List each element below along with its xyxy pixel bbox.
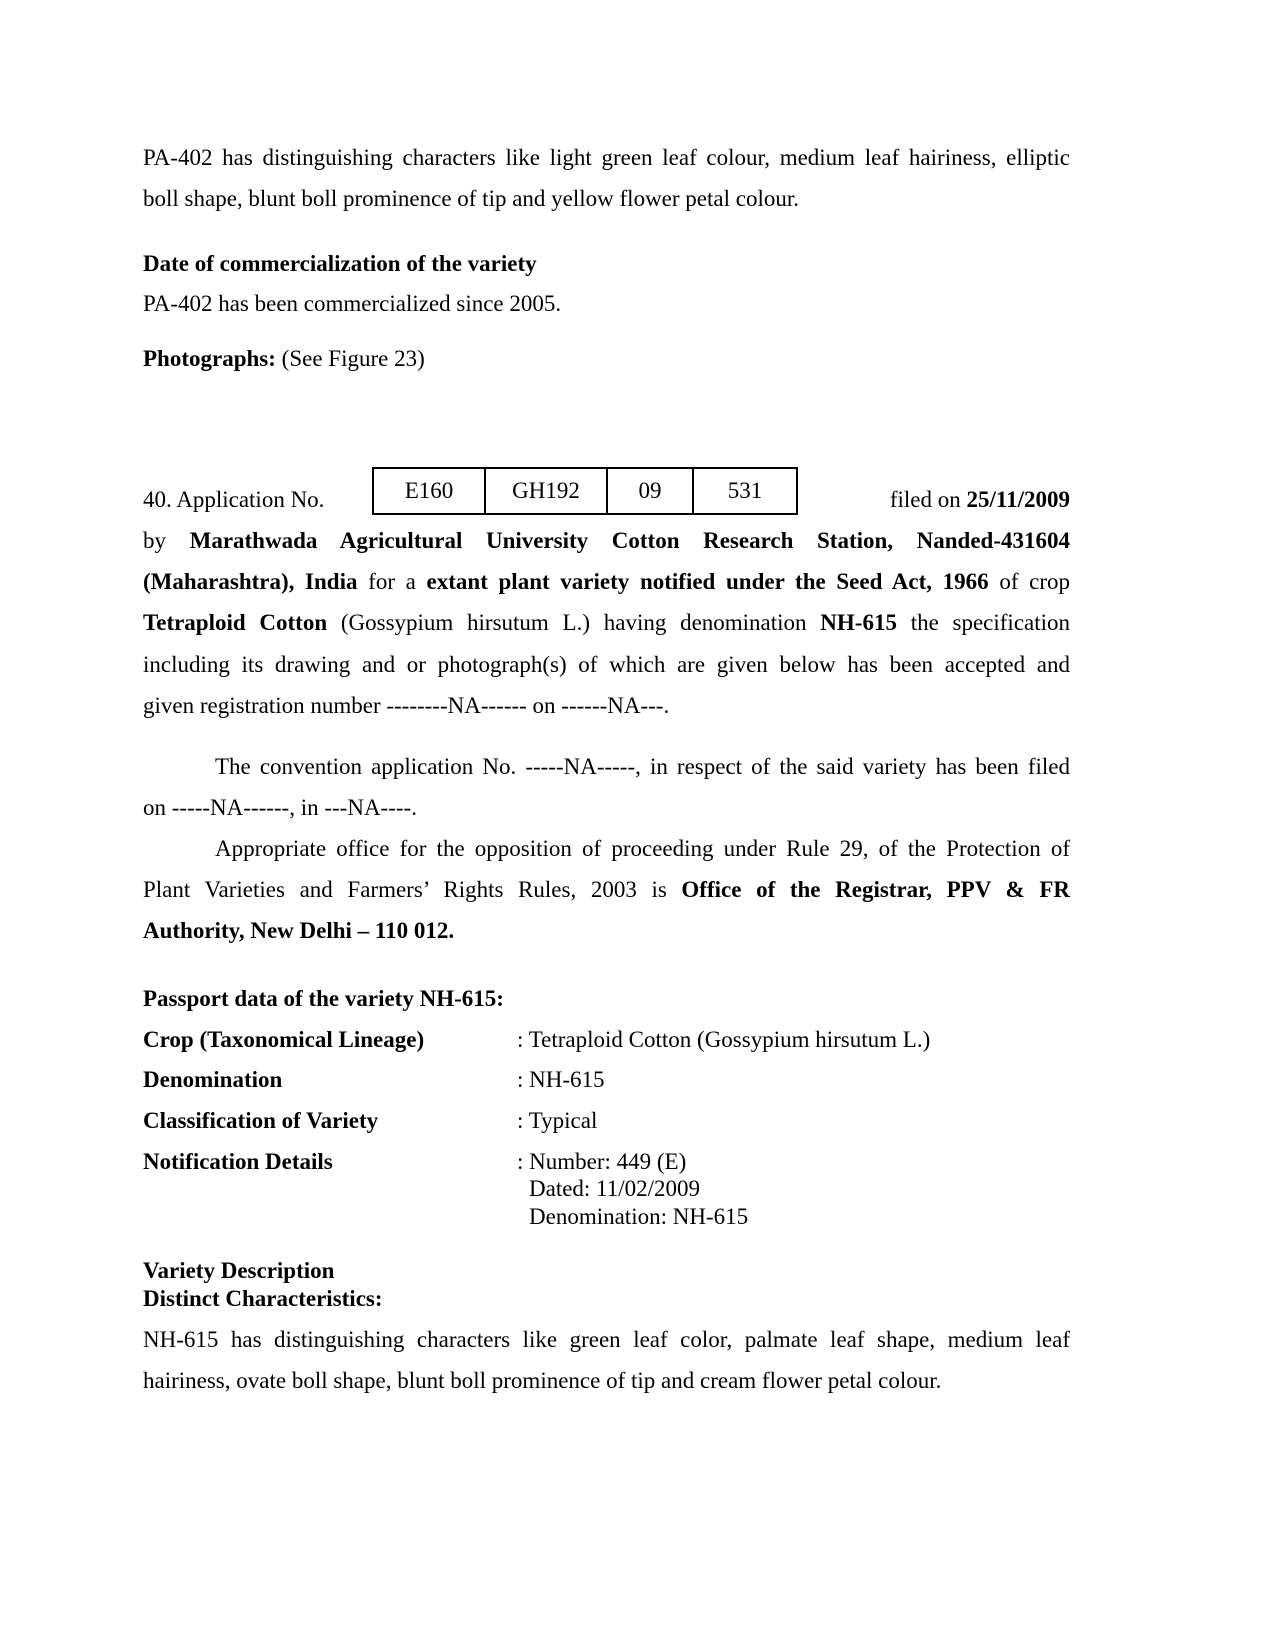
filed-on: filed on 25/11/2009 — [890, 479, 1070, 520]
application-number-part: E160 — [373, 468, 485, 514]
spec-line: including its drawing and or photograph(… — [143, 644, 1070, 685]
application-number-part: 09 — [607, 468, 693, 514]
applicant-location: (Maharashtra), India — [143, 569, 357, 594]
crop-name: Tetraploid Cotton — [143, 610, 327, 635]
passport-value: : Typical — [517, 1100, 597, 1141]
convention-line2: on -----NA------, in ---NA----. — [143, 787, 1070, 828]
prev-description-line2: boll shape, blunt boll prominence of tip… — [143, 178, 1070, 219]
spec-tail: the specification — [911, 610, 1070, 635]
passport-value: : NH-615 — [517, 1059, 605, 1100]
variety-type-line: (Maharashtra), India for a extant plant … — [143, 561, 1070, 602]
passport-label: Crop (Taxonomical Lineage) — [143, 1019, 424, 1060]
by-text: by — [143, 528, 166, 553]
applicant-line: by Marathwada Agricultural University Co… — [143, 520, 1070, 561]
application-number-table: E160 GH192 09 531 — [372, 467, 798, 515]
registration-line: given registration number --------NA----… — [143, 685, 1070, 726]
photographs-label: Photographs: — [143, 346, 276, 371]
photographs-line: Photographs: (See Figure 23) — [143, 338, 1070, 379]
crop-botanical: (Gossypium hirsutum L.) having denominat… — [341, 610, 807, 635]
opposition-line2: Plant Varieties and Farmers’ Rights Rule… — [143, 869, 1070, 910]
prev-description-line1: PA-402 has distinguishing characters lik… — [143, 137, 1070, 178]
variety-type: extant plant variety notified under the … — [427, 569, 989, 594]
denomination: NH-615 — [820, 610, 897, 635]
filed-on-label: filed on — [890, 487, 961, 512]
notification-denomination: Denomination: NH-615 — [529, 1203, 748, 1231]
distinct-characteristics-heading: Distinct Characteristics: — [143, 1285, 383, 1313]
applicant-name: Marathwada Agricultural University Cotto… — [190, 528, 1070, 553]
opposition-line1: Appropriate office for the opposition of… — [143, 828, 1070, 869]
commercialization-heading: Date of commercialization of the variety — [143, 243, 1070, 284]
crop-line: Tetraploid Cotton (Gossypium hirsutum L.… — [143, 602, 1070, 643]
characteristics-line2: hairiness, ovate boll shape, blunt boll … — [143, 1360, 1070, 1401]
convention-line1: The convention application No. -----NA--… — [143, 746, 1070, 787]
filed-on-date: 25/11/2009 — [966, 487, 1070, 512]
passport-label: Denomination — [143, 1059, 282, 1100]
for-a-text: for a — [368, 569, 416, 594]
application-number-part: GH192 — [485, 468, 607, 514]
photographs-ref: (See Figure 23) — [282, 346, 425, 371]
opposition-office-address: Authority, New Delhi – 110 012. — [143, 910, 1070, 951]
notification-dated: Dated: 11/02/2009 — [529, 1175, 700, 1203]
passport-value: : Tetraploid Cotton (Gossypium hirsutum … — [517, 1019, 930, 1060]
application-prefix: 40. Application No. — [143, 479, 324, 520]
variety-description-heading: Variety Description — [143, 1257, 334, 1285]
opposition-office: Office of the Registrar, PPV & FR — [681, 877, 1070, 902]
characteristics-line1: NH-615 has distinguishing characters lik… — [143, 1319, 1070, 1360]
passport-label: Classification of Variety — [143, 1100, 378, 1141]
of-crop-text: of crop — [999, 569, 1070, 594]
passport-label: Notification Details — [143, 1141, 333, 1182]
commercialization-text: PA-402 has been commercialized since 200… — [143, 283, 1070, 324]
application-number-part: 531 — [693, 468, 797, 514]
opposition-text: Plant Varieties and Farmers’ Rights Rule… — [143, 877, 667, 902]
passport-heading: Passport data of the variety NH-615: — [143, 978, 1070, 1019]
